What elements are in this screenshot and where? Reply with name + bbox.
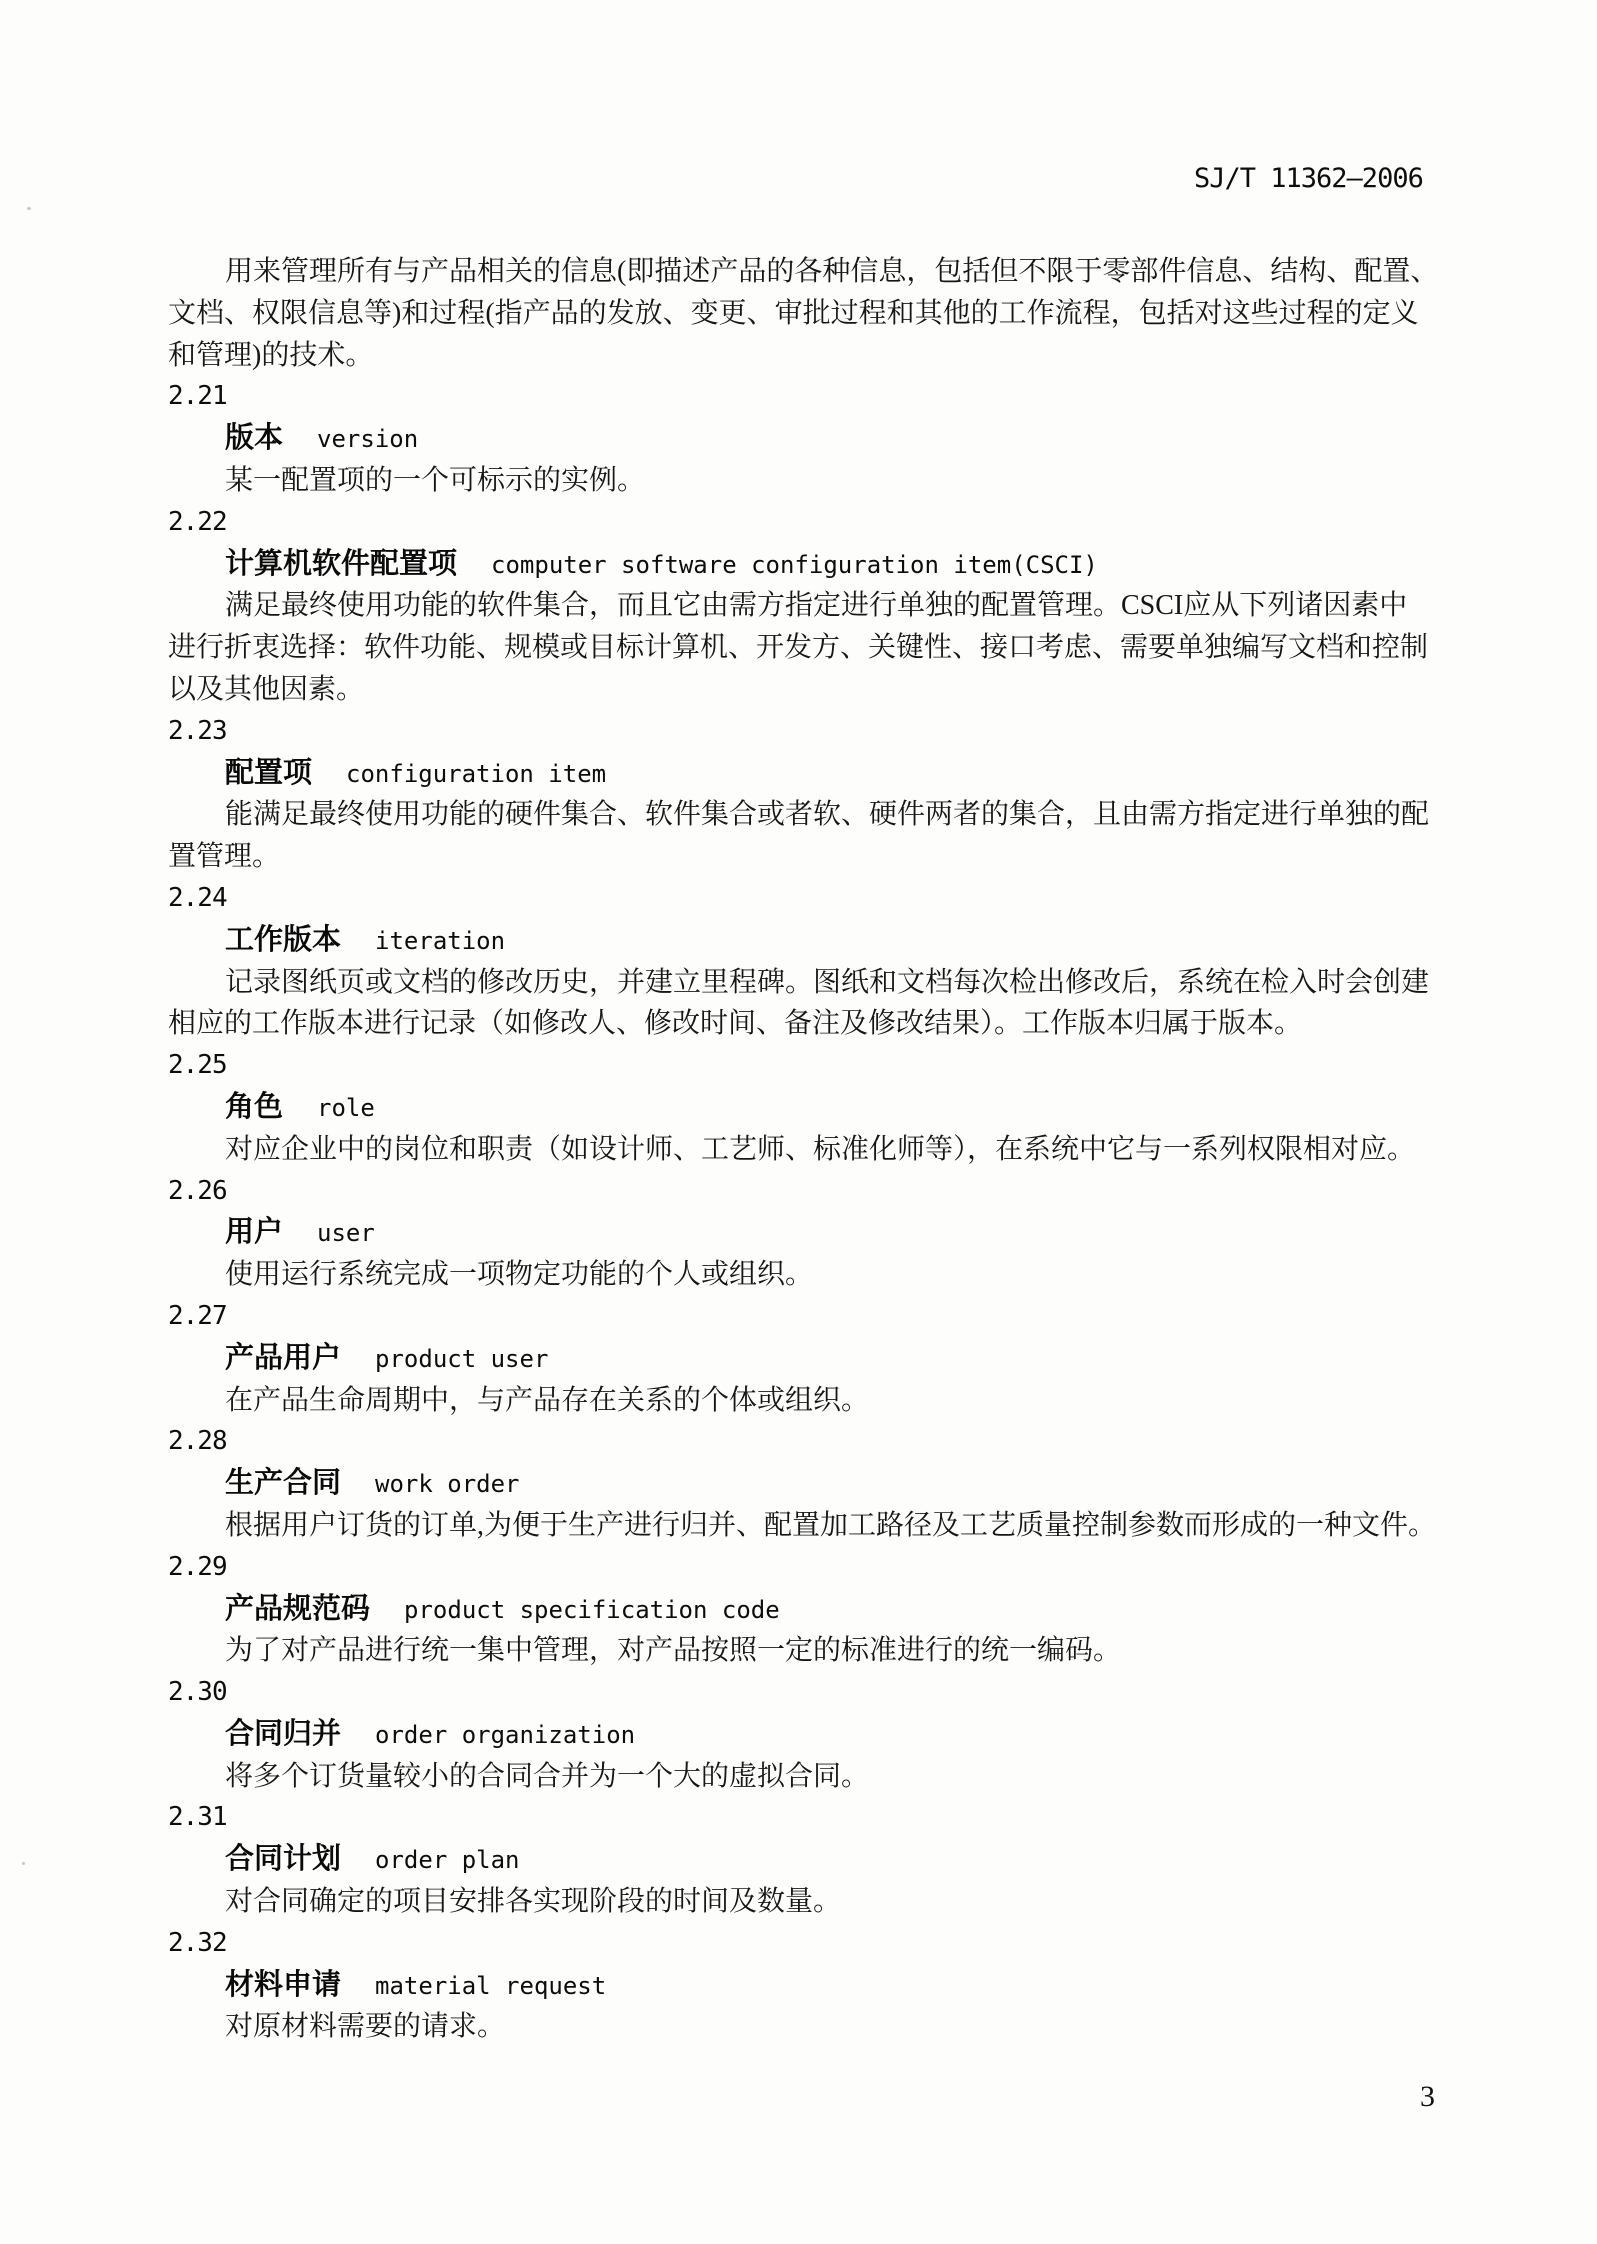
definition-line: 某一配置项的一个可标示的实例。 [168, 460, 1430, 502]
section-number: 2.25 [168, 1045, 1430, 1087]
scan-speck [22, 1862, 25, 1865]
definition-line: 能满足最终使用功能的硬件集合、软件集合或者软、硬件两者的集合，且由需方指定进行单… [168, 794, 1430, 836]
term-english: product specification code [404, 1596, 780, 1624]
definition-line: 根据用户订货的订单,为便于生产进行归并、配置加工路径及工艺质量控制参数而形成的一… [168, 1505, 1430, 1547]
paragraph-line: 和管理)的技术。 [168, 335, 1430, 377]
term-english: material request [375, 1972, 606, 2000]
document-page: SJ/T 11362—2006 用来管理所有与产品相关的信息(即描述产品的各种信… [0, 0, 1597, 2244]
section-number: 2.29 [168, 1547, 1430, 1589]
term-chinese: 产品规范码 [225, 1593, 370, 1625]
section-number: 2.21 [168, 376, 1430, 418]
page-number: 3 [1420, 2080, 1435, 2114]
term-line: 计算机软件配置项computer software configuration … [168, 544, 1430, 586]
term-line: 产品规范码product specification code [168, 1589, 1430, 1631]
term-chinese: 工作版本 [225, 924, 341, 956]
section-number: 2.31 [168, 1797, 1430, 1839]
definition-line: 以及其他因素。 [168, 669, 1430, 711]
section-number: 2.26 [168, 1171, 1430, 1213]
scan-speck [27, 207, 31, 210]
term-line: 生产合同work order [168, 1463, 1430, 1505]
term-english: order organization [375, 1721, 635, 1749]
definition-line: 进行折衷选择：软件功能、规模或目标计算机、开发方、关键性、接口考虑、需要单独编写… [168, 627, 1430, 669]
term-chinese: 计算机软件配置项 [225, 548, 457, 580]
term-english: iteration [375, 927, 505, 955]
definition-line: 对应企业中的岗位和职责（如设计师、工艺师、标准化师等），在系统中它与一系列权限相… [168, 1129, 1430, 1171]
term-line: 合同归并order organization [168, 1714, 1430, 1756]
definition-line: 将多个订货量较小的合同合并为一个大的虚拟合同。 [168, 1756, 1430, 1798]
term-line: 配置项configuration item [168, 753, 1430, 795]
document-body: 用来管理所有与产品相关的信息(即描述产品的各种信息，包括但不限于零部件信息、结构… [168, 251, 1430, 2048]
term-line: 工作版本iteration [168, 920, 1430, 962]
section-number: 2.24 [168, 878, 1430, 920]
term-chinese: 合同计划 [225, 1843, 341, 1875]
section-number: 2.23 [168, 711, 1430, 753]
term-line: 版本version [168, 418, 1430, 460]
term-chinese: 合同归并 [225, 1718, 341, 1750]
term-chinese: 材料申请 [225, 1969, 341, 2001]
term-chinese: 角色 [225, 1091, 283, 1123]
section-number: 2.30 [168, 1672, 1430, 1714]
term-line: 角色role [168, 1087, 1430, 1129]
term-english: work order [375, 1470, 520, 1498]
definition-line: 置管理。 [168, 836, 1430, 878]
paragraph-line: 文档、权限信息等)和过程(指产品的发放、变更、审批过程和其他的工作流程，包括对这… [168, 293, 1430, 335]
term-line: 材料申请material request [168, 1965, 1430, 2007]
term-english: computer software configuration item(CSC… [491, 551, 1098, 579]
term-english: version [317, 425, 418, 453]
term-line: 产品用户product user [168, 1338, 1430, 1380]
definition-line: 对原材料需要的请求。 [168, 2006, 1430, 2048]
definition-line: 为了对产品进行统一集中管理，对产品按照一定的标准进行的统一编码。 [168, 1630, 1430, 1672]
section-number: 2.32 [168, 1923, 1430, 1965]
term-english: user [317, 1219, 375, 1247]
section-number: 2.22 [168, 502, 1430, 544]
definition-line: 记录图纸页或文档的修改历史，并建立里程碑。图纸和文档每次检出修改后，系统在检入时… [168, 962, 1430, 1004]
term-chinese: 版本 [225, 422, 283, 454]
definition-line: 在产品生命周期中，与产品存在关系的个体或组织。 [168, 1380, 1430, 1422]
term-english: order plan [375, 1846, 520, 1874]
doc-number-header: SJ/T 11362—2006 [1194, 163, 1423, 194]
term-chinese: 配置项 [225, 757, 312, 789]
definition-line: 对合同确定的项目安排各实现阶段的时间及数量。 [168, 1881, 1430, 1923]
term-chinese: 产品用户 [225, 1342, 341, 1374]
section-number: 2.27 [168, 1296, 1430, 1338]
term-chinese: 生产合同 [225, 1467, 341, 1499]
paragraph-line: 用来管理所有与产品相关的信息(即描述产品的各种信息，包括但不限于零部件信息、结构… [168, 251, 1430, 293]
term-line: 合同计划order plan [168, 1839, 1430, 1881]
definition-line: 使用运行系统完成一项物定功能的个人或组织。 [168, 1254, 1430, 1296]
term-english: configuration item [346, 760, 606, 788]
definition-line: 满足最终使用功能的软件集合，而且它由需方指定进行单独的配置管理。CSCI应从下列… [168, 585, 1430, 627]
section-number: 2.28 [168, 1421, 1430, 1463]
term-chinese: 用户 [225, 1216, 283, 1248]
term-english: role [317, 1094, 375, 1122]
definition-line: 相应的工作版本进行记录（如修改人、修改时间、备注及修改结果）。工作版本归属于版本… [168, 1003, 1430, 1045]
term-line: 用户user [168, 1212, 1430, 1254]
term-english: product user [375, 1345, 548, 1373]
